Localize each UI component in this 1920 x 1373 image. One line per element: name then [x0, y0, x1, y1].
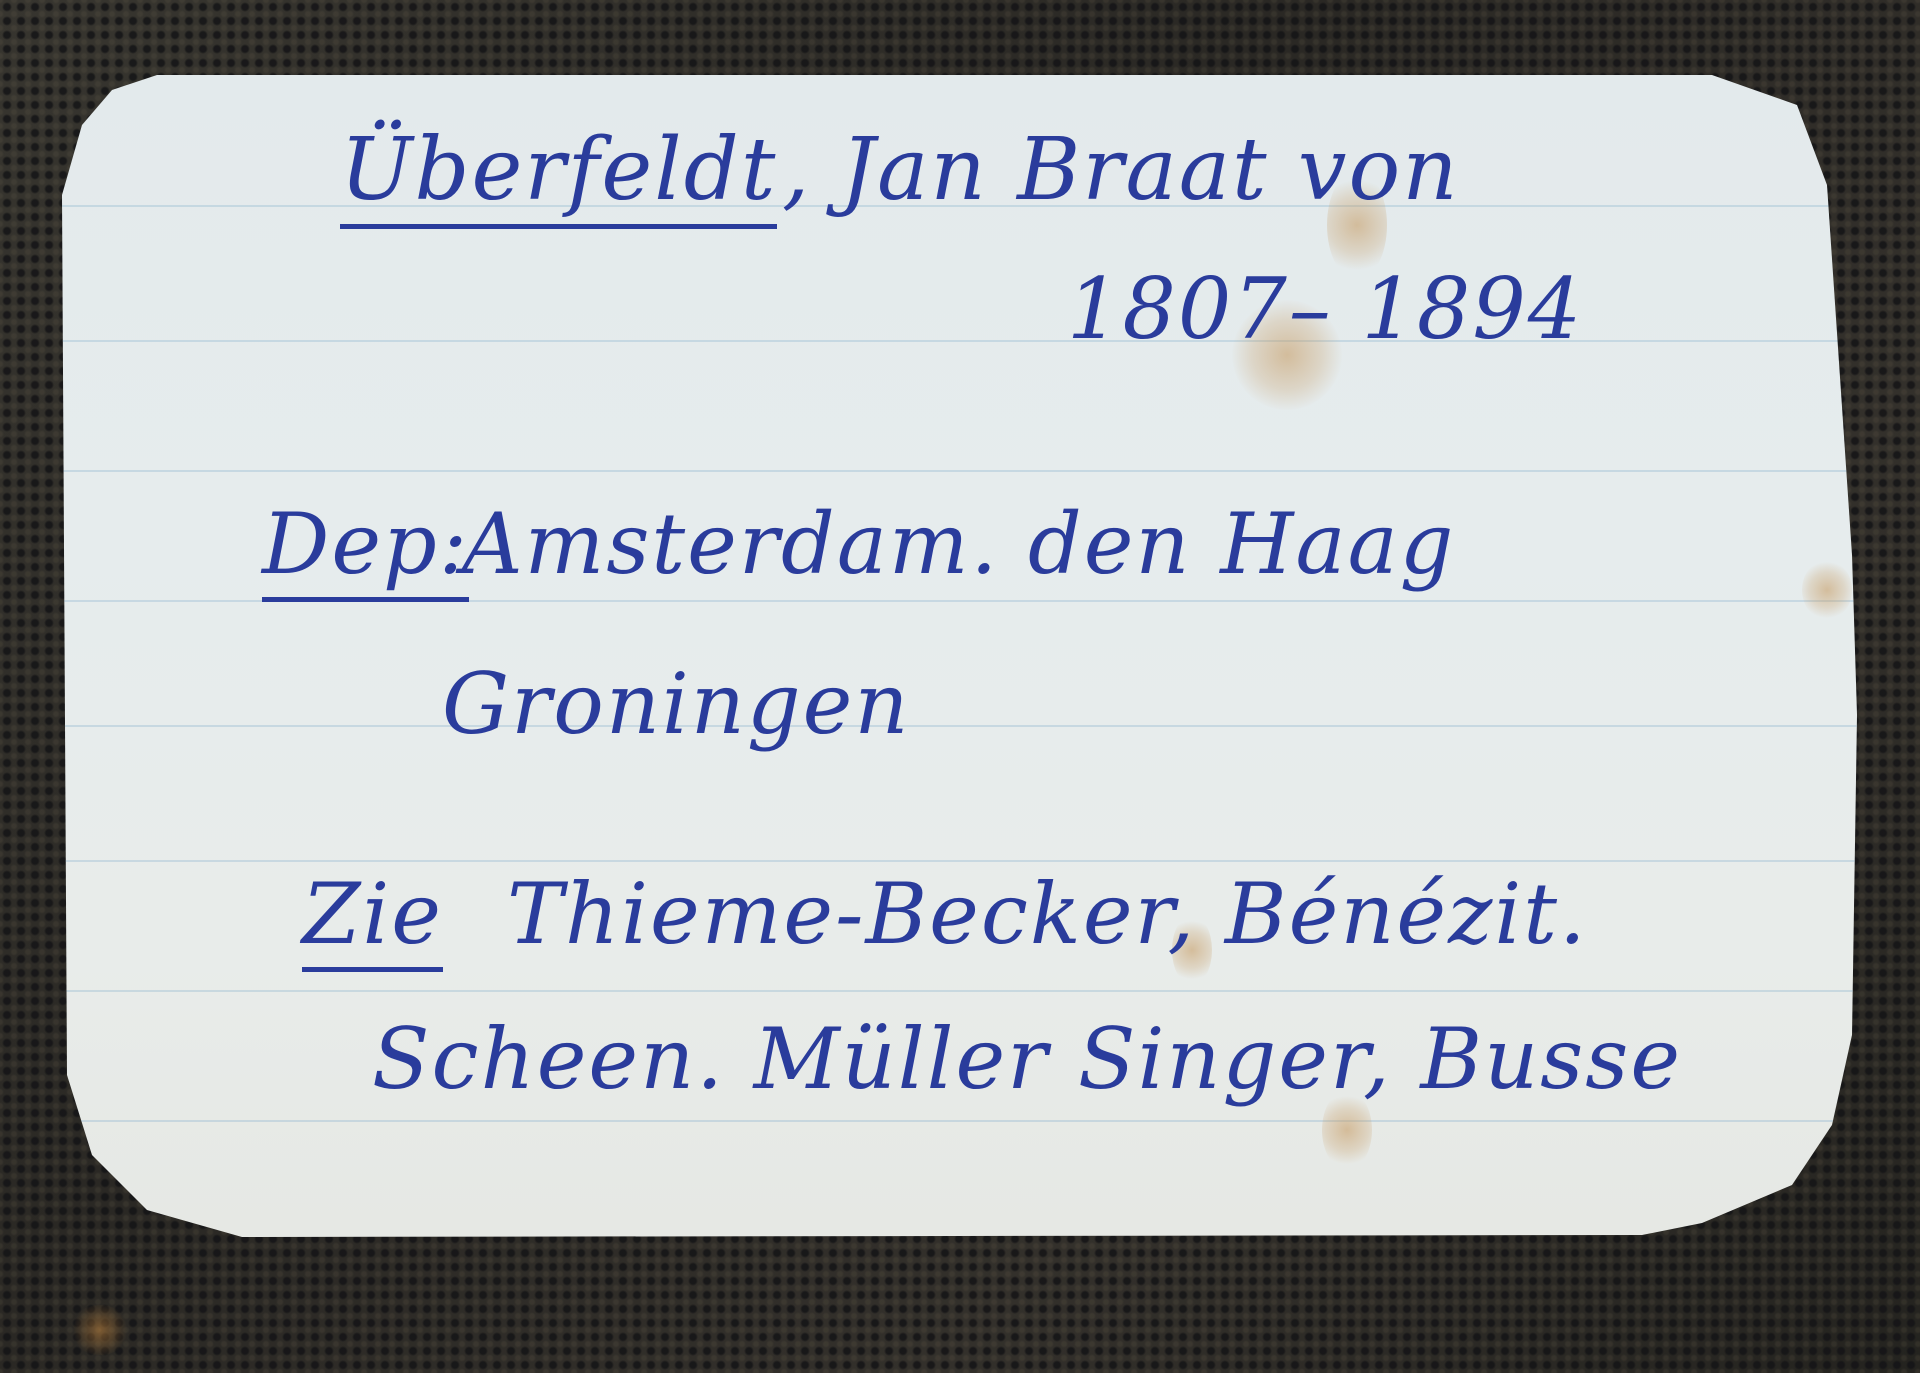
index-card: Überfeldt , Jan Braat von 1807– 1894 Dep…	[62, 75, 1857, 1237]
ruled-line	[62, 340, 1857, 342]
ruled-line	[62, 725, 1857, 727]
zie-label: Zie	[302, 865, 443, 963]
references-line-2: Scheen. Müller Singer, Busse	[372, 1010, 1682, 1108]
ruled-line	[62, 990, 1857, 992]
artist-surname: Überfeldt	[340, 120, 777, 220]
references-line-1: Thieme-Becker, Bénézit.	[507, 865, 1588, 963]
foxing-stain	[1802, 560, 1852, 620]
life-dates: 1807– 1894	[1067, 260, 1583, 358]
foxing-stain	[1852, 935, 1897, 975]
artist-given-names: , Jan Braat von	[782, 120, 1460, 220]
ruled-line	[62, 860, 1857, 862]
stain-background	[70, 1305, 130, 1355]
ruled-line	[62, 1120, 1857, 1122]
ruled-line	[62, 470, 1857, 472]
depositories-line-2: Groningen	[442, 655, 910, 753]
depositories-line-1: Amsterdam. den Haag	[462, 495, 1455, 593]
dep-label: Dep:	[262, 495, 469, 593]
